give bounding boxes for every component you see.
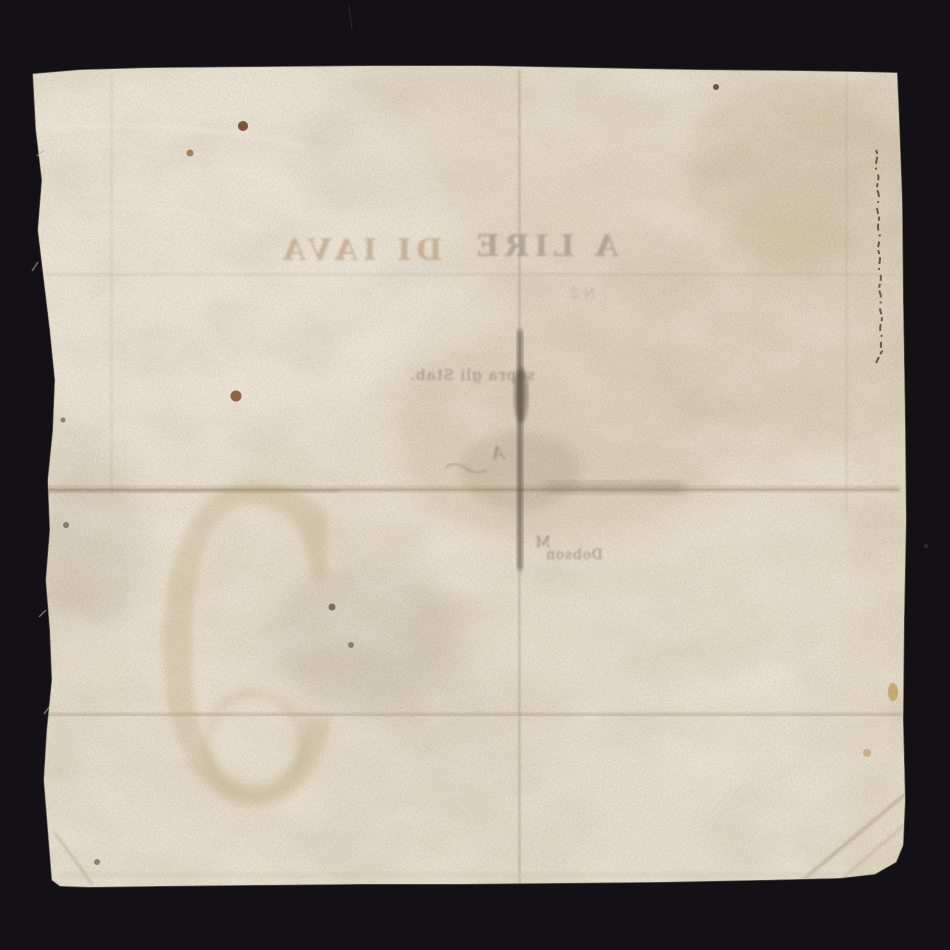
crease-horizontal-upper	[45, 273, 895, 276]
crease-vertical-left	[110, 75, 113, 495]
mustard-fleck	[888, 683, 898, 701]
ghost-initial: A	[492, 443, 507, 464]
crease-vertical-right	[845, 73, 848, 513]
counterstamp-c: C	[148, 402, 347, 901]
ghost-small-mark: N 2	[570, 286, 596, 302]
banknote-paper: DI IAVA A LIRE N 2 sopra gli Stab. A M D…	[0, 50, 945, 920]
ghost-title-right: A LIRE	[472, 229, 620, 264]
rust-fleck	[238, 121, 248, 131]
crease-main-dark-smudge	[545, 481, 685, 494]
photo-backdrop: DI IAVA A LIRE N 2 sopra gli Stab. A M D…	[0, 0, 950, 950]
ghost-name-fragment: Dobson	[545, 547, 602, 563]
banknote-photo: DI IAVA A LIRE N 2 sopra gli Stab. A M D…	[0, 0, 950, 950]
dark-fleck	[713, 84, 719, 90]
counterstamp-letter: C	[148, 402, 347, 901]
background-dust-speck	[924, 544, 928, 548]
rust-fleck	[231, 391, 242, 402]
dark-fleck	[61, 418, 66, 423]
ghost-subtitle: sopra gli Stab.	[409, 366, 535, 384]
dark-fleck	[94, 859, 100, 865]
dark-fleck	[348, 642, 354, 648]
dark-fleck	[63, 522, 69, 528]
ghost-title-left: DI IAVA	[278, 233, 443, 268]
tan-fleck	[863, 749, 871, 757]
dark-fleck	[329, 604, 336, 611]
rust-fleck	[187, 150, 194, 157]
